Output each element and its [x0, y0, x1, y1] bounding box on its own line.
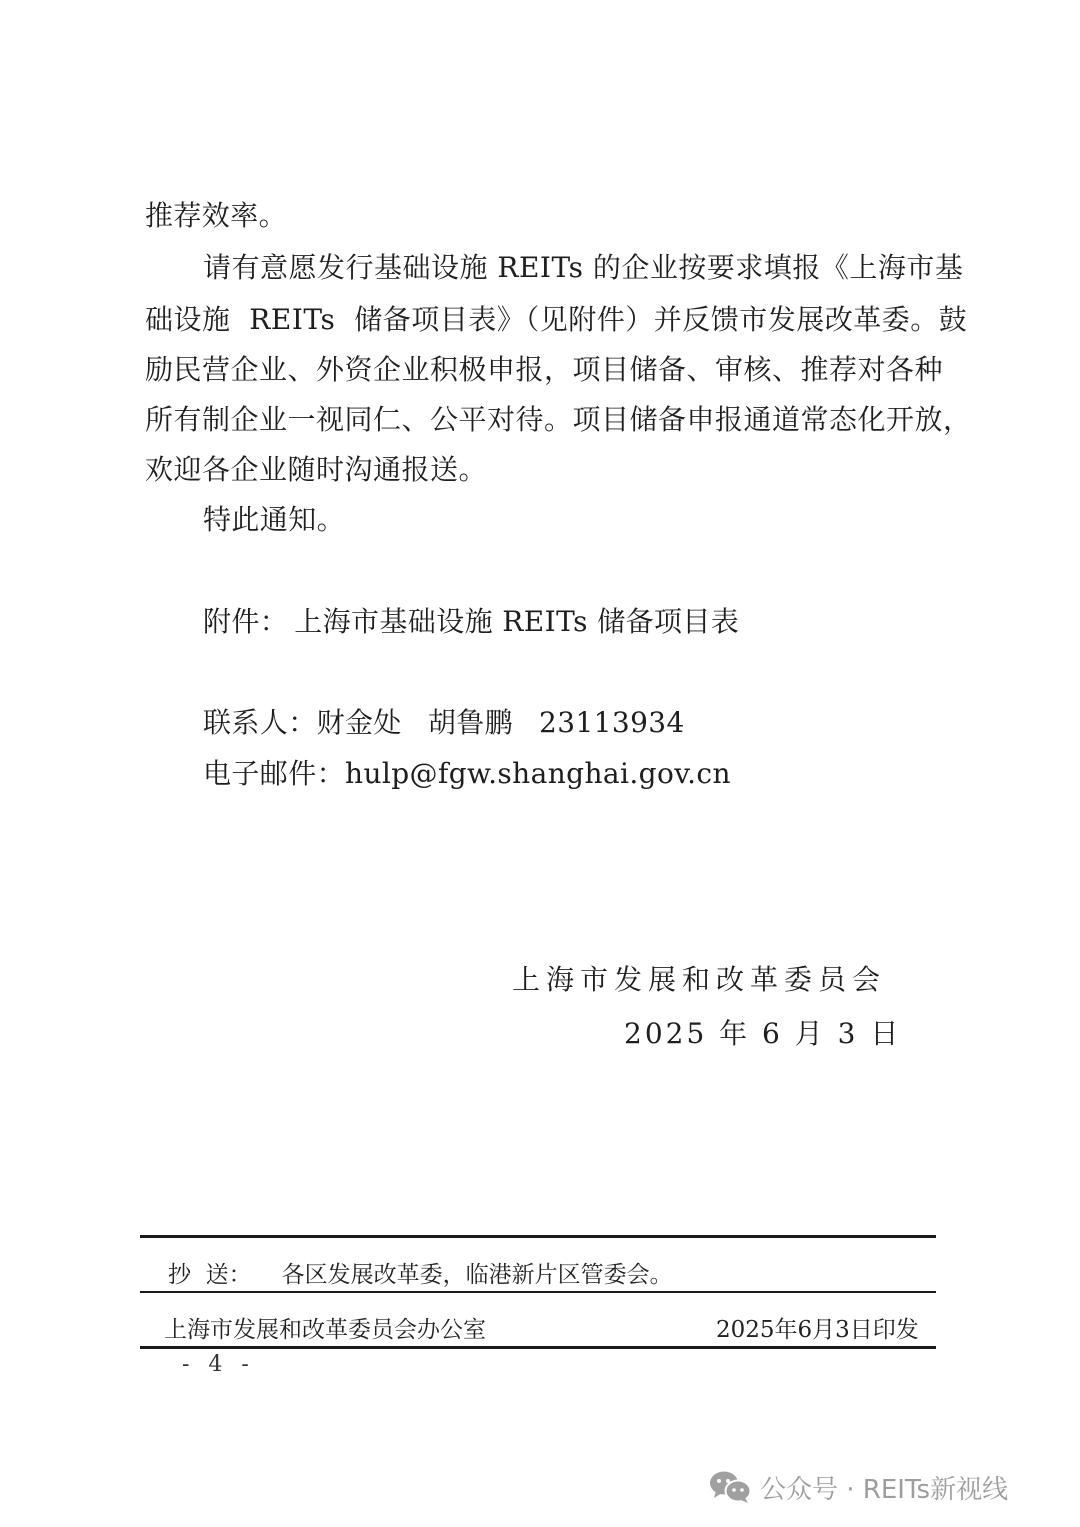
- signature-organization: 上海市发展和改革委员会: [512, 958, 886, 998]
- attachment-label: 附件：: [203, 605, 288, 638]
- closing-line: 特此通知。: [203, 494, 1003, 546]
- issue-date: 2025年6月3日印发: [716, 1311, 919, 1344]
- footer-rule-bottom: [140, 1346, 936, 1349]
- body-line: 础设施 REITs 储备项目表》（见附件）并反馈市发展改革委。鼓: [145, 294, 945, 346]
- watermark-text: 公众号 · REITs新视线: [760, 1469, 1008, 1506]
- body-line: 请有意愿发行基础设施 REITs 的企业按要求填报《上海市基: [203, 242, 1003, 294]
- contact-label: 联系人：: [203, 706, 317, 739]
- cc-label: 抄 送：: [168, 1262, 252, 1288]
- contact-line: 联系人：财金处胡鲁鹏23113934: [203, 697, 1003, 749]
- footer-rule-top: [140, 1235, 936, 1238]
- body-line: 所有制企业一视同仁、公平对待。项目储备申报通道常态化开放，: [145, 394, 945, 446]
- body-line: 欢迎各企业随时沟通报送。: [145, 444, 945, 496]
- contact-phone: 23113934: [539, 706, 685, 739]
- body-line: 励民营企业、外资企业积极申报，项目储备、审核、推荐对各种: [145, 344, 945, 396]
- issuer: 上海市发展和改革委员会办公室: [164, 1311, 486, 1344]
- attachment-value: 上海市基础设施 REITs 储备项目表: [294, 605, 739, 638]
- body-line: 推荐效率。: [145, 190, 945, 242]
- footer-rule-middle: [140, 1291, 936, 1293]
- contact-name: 胡鲁鹏: [428, 706, 513, 739]
- contact-department: 财金处: [317, 706, 402, 739]
- attachment-line: 附件：上海市基础设施 REITs 储备项目表: [203, 596, 1003, 648]
- email-label: 电子邮件：: [203, 757, 345, 790]
- signature-date: 2025 年 6 月 3 日: [624, 1012, 901, 1052]
- email-value[interactable]: hulp@fgw.shanghai.gov.cn: [345, 757, 731, 790]
- page-number: - 4 -: [182, 1352, 255, 1377]
- watermark: 公众号 · REITs新视线: [708, 1469, 1008, 1505]
- email-line: 电子邮件：hulp@fgw.shanghai.gov.cn: [203, 748, 1003, 800]
- cc-value: 各区发展改革委，临港新片区管委会。: [282, 1262, 673, 1288]
- cc-row: 抄 送：各区发展改革委，临港新片区管委会。: [168, 1256, 673, 1289]
- document-page: 推荐效率。 请有意愿发行基础设施 REITs 的企业按要求填报《上海市基 础设施…: [0, 0, 1080, 1527]
- wechat-icon: [708, 1470, 752, 1504]
